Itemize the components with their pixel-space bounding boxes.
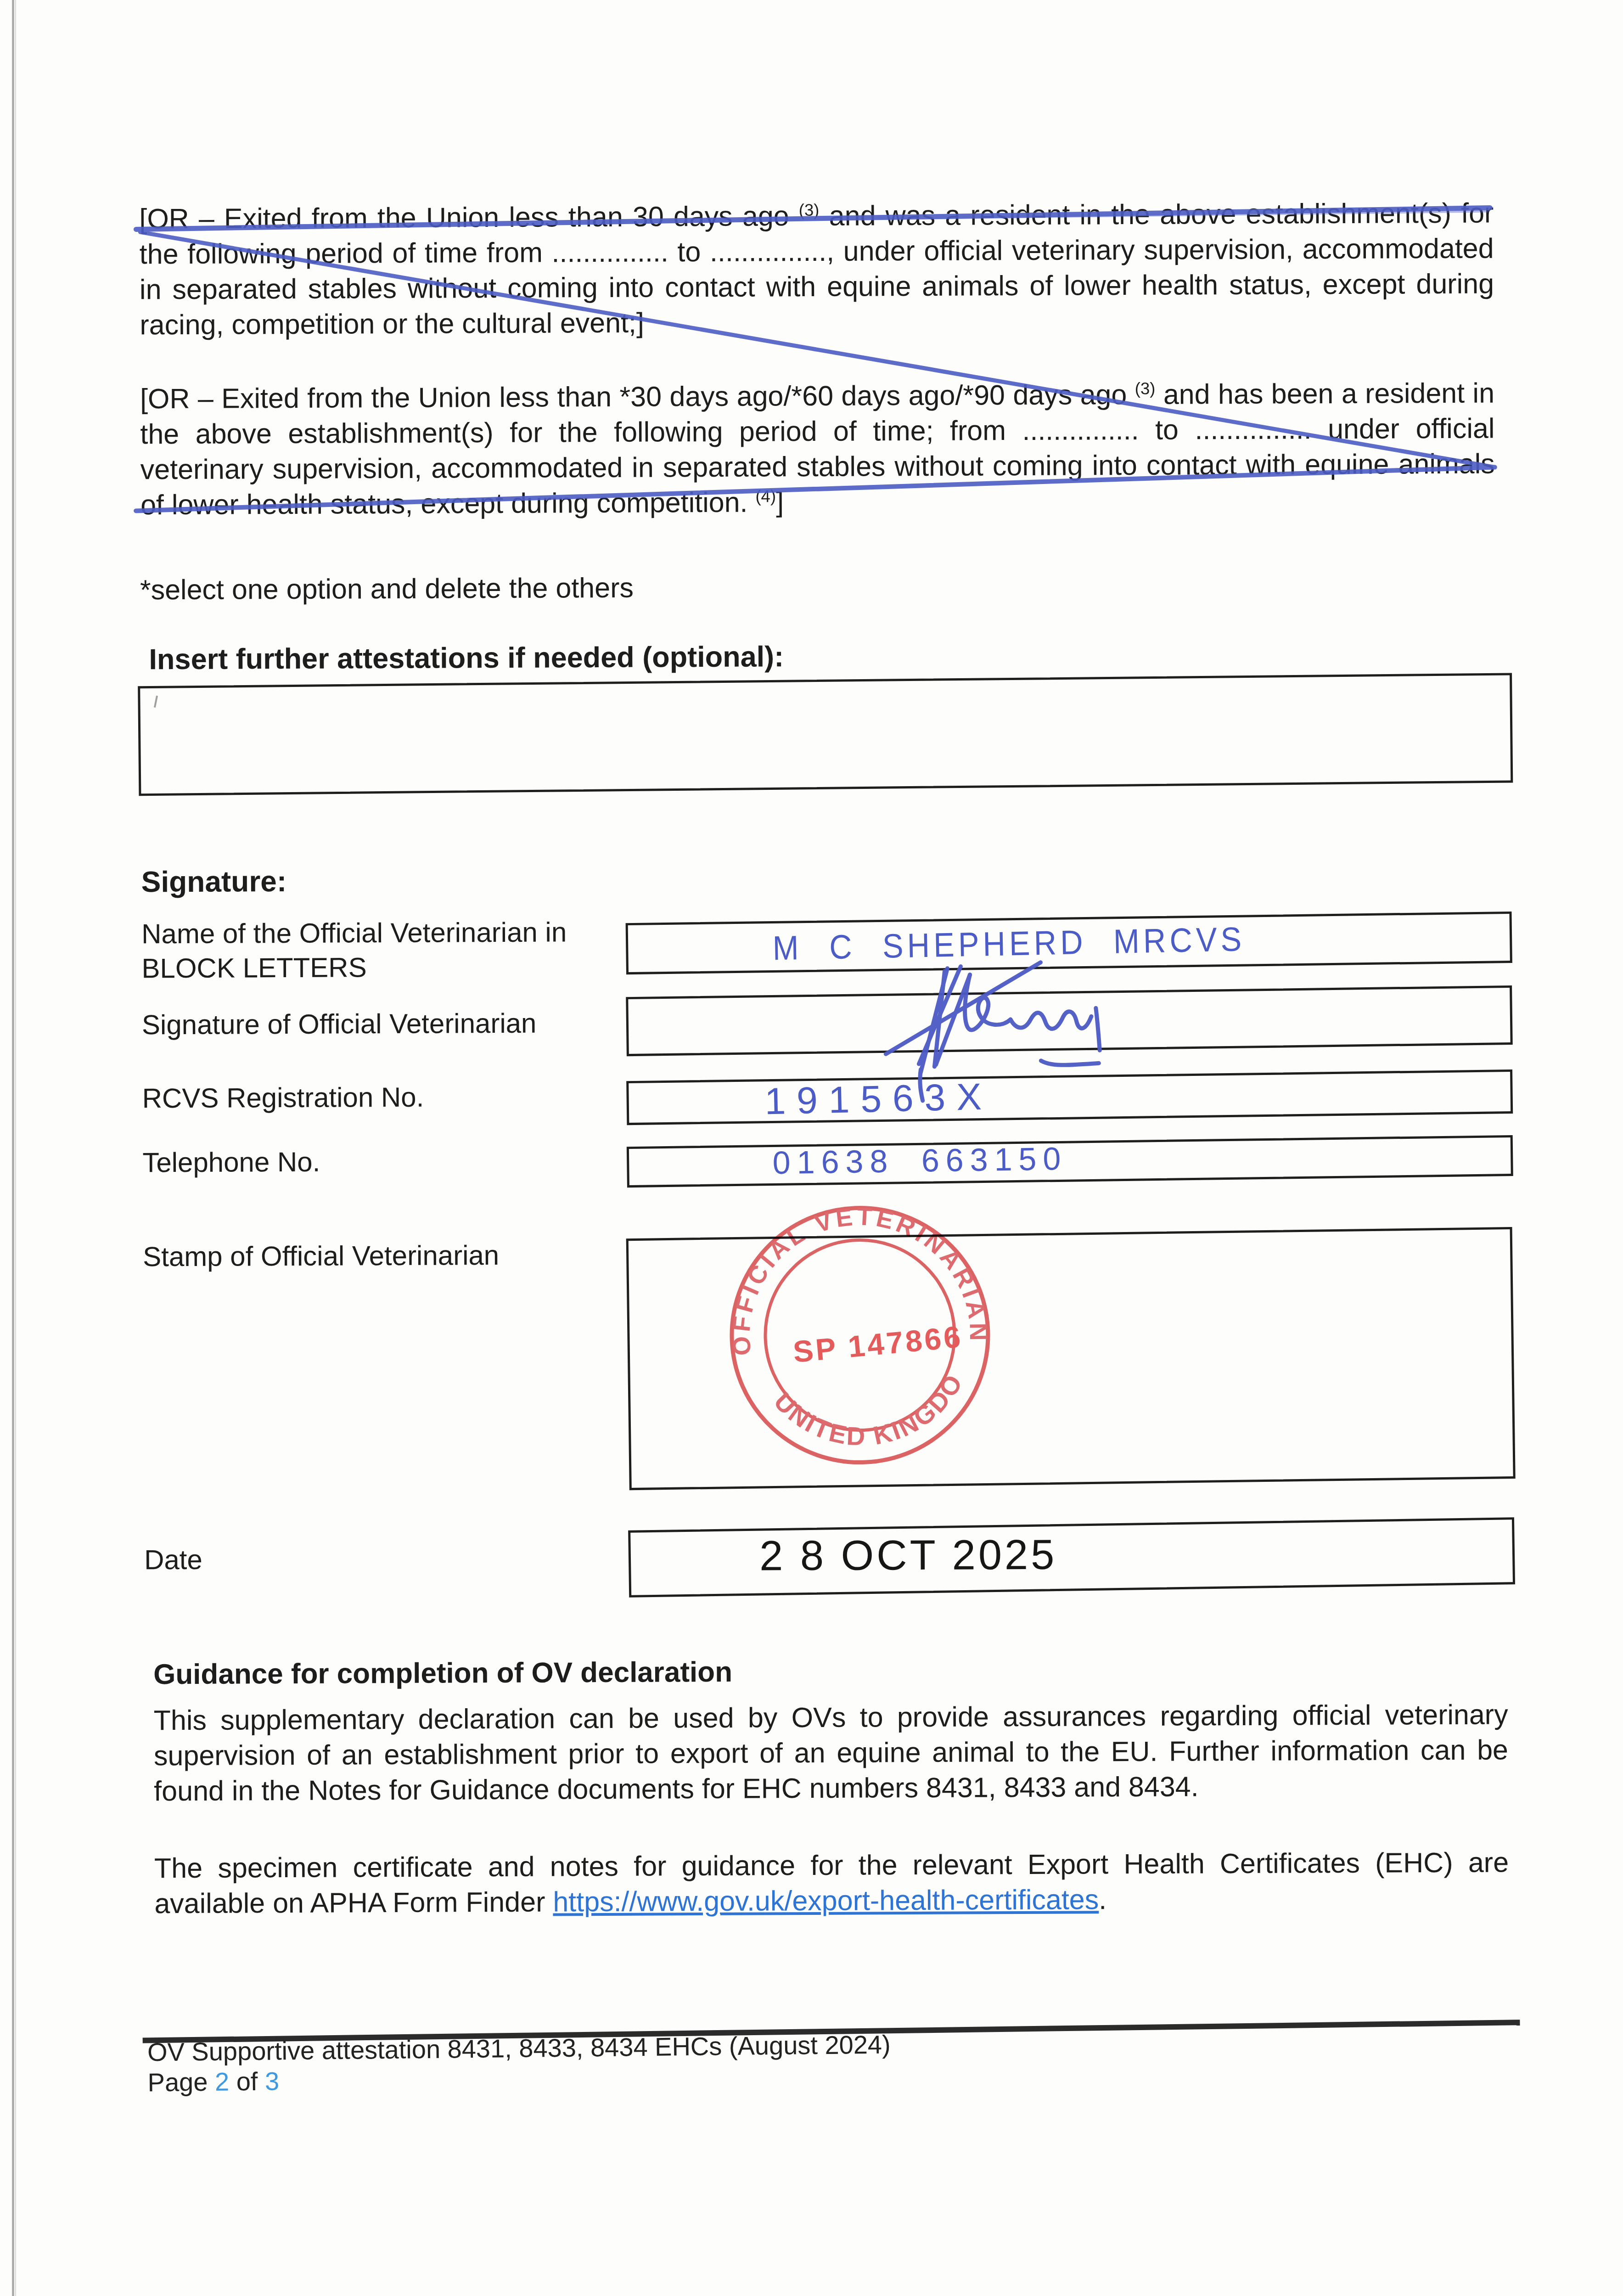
document-sheet: [OR – Exited from the Union less than 30… bbox=[0, 0, 1623, 2296]
document-page: [OR – Exited from the Union less than 30… bbox=[0, 0, 1623, 2296]
pen-strikethrough-lines bbox=[0, 0, 1623, 2296]
strike-line-horizontal-double bbox=[272, 211, 1488, 226]
strike-line-diagonal bbox=[140, 226, 1494, 473]
strike-line-return bbox=[136, 467, 1495, 511]
